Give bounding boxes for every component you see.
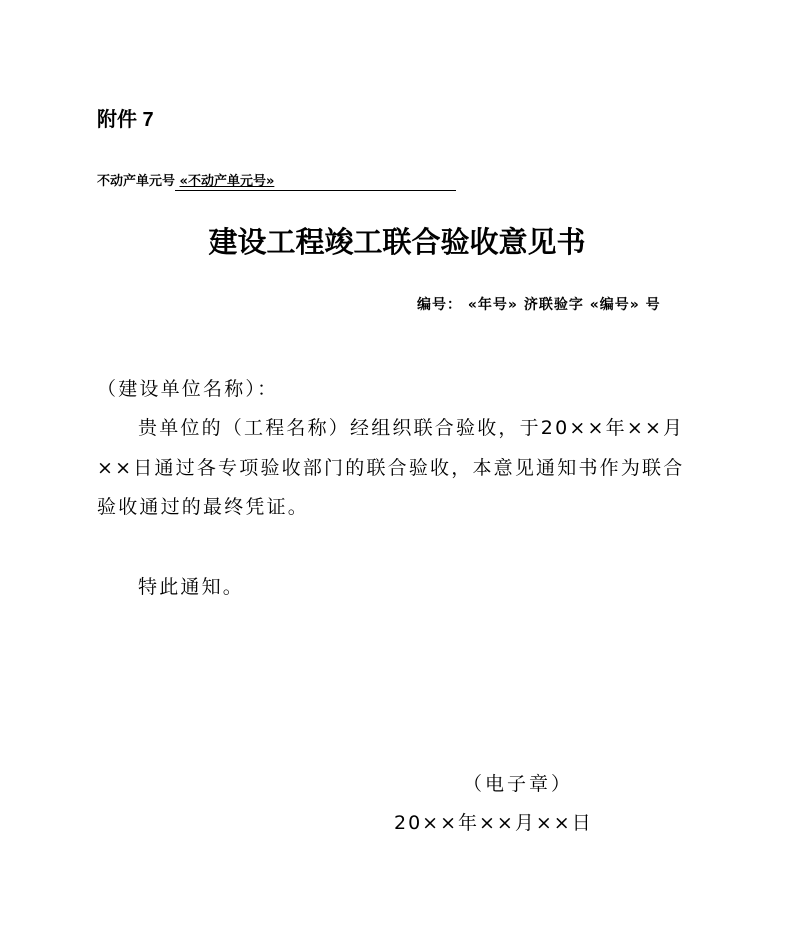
salutation: （建设单位名称）： [97, 374, 278, 401]
property-unit-value: «不动产单元号» [180, 174, 275, 189]
attachment-label: 附件 7 [97, 103, 154, 132]
document-title: 建设工程竣工联合验收意见书 [0, 220, 794, 261]
body-line-2: ××日通过各专项验收部门的联合验收，本意见通知书作为联合 [97, 453, 684, 480]
issue-date: 20××年××月××日 [394, 808, 593, 835]
body-line-3: 验收通过的最终凭证。 [97, 492, 309, 519]
serial-number: 编号： «年号» 济联验字 «编号» 号 [417, 294, 661, 314]
property-unit-label: 不动产单元号 [97, 174, 175, 189]
property-unit-field[interactable]: «不动产单元号» [175, 170, 456, 191]
body-line-1: 贵单位的（工程名称）经组织联合验收，于20××年××月 [138, 413, 684, 440]
electronic-seal: （电子章） [463, 769, 573, 796]
property-unit-row: 不动产单元号 «不动产单元号» [97, 170, 456, 191]
closing-notice: 特此通知。 [138, 572, 244, 599]
